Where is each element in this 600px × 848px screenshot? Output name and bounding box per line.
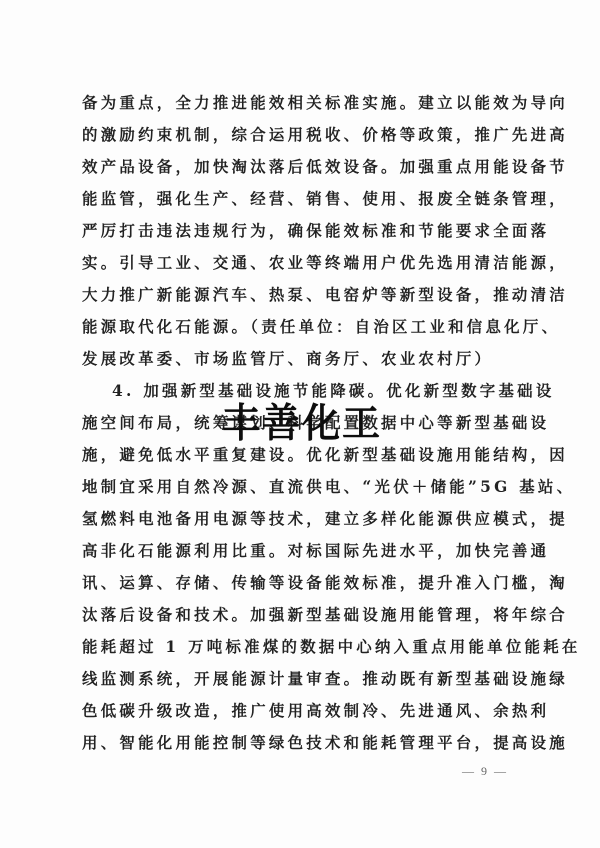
- text-line: 氢燃料电池备用电源等技术，建立多样化能源供应模式，提: [82, 504, 522, 534]
- text-line: 汰落后设备和技术。加强新型基础设施用能管理，将年综合: [82, 600, 522, 630]
- document-page: 备为重点，全力推进能效相关标准实施。建立以能效为导向 的激励约束机制，综合运用税…: [0, 0, 600, 848]
- text-line: 备为重点，全力推进能效相关标准实施。建立以能效为导向: [82, 88, 522, 118]
- text-line: 实。引导工业、交通、农业等终端用户优先选用清洁能源，: [82, 248, 522, 278]
- text-line: 效产品设备，加快淘汰落后低效设备。加强重点用能设备节: [82, 152, 522, 182]
- text-line: 能源取代化石能源。（责任单位：自治区工业和信息化厅、: [82, 312, 522, 342]
- text-line: 严厉打击违法违规行为，确保能效标准和节能要求全面落: [82, 216, 522, 246]
- text-line: 色低碳升级改造，推广使用高效制冷、先进通风、余热利: [82, 696, 522, 726]
- text-line: 地制宜采用自然冷源、直流供电、“光伏＋储能”5G 基站、: [82, 472, 522, 502]
- text-line: 发展改革委、市场监管厅、商务厅、农业农村厅）: [82, 344, 522, 374]
- text-line: 的激励约束机制，综合运用税收、价格等政策，推广先进高: [82, 120, 522, 150]
- page-number: — 9 —: [462, 764, 508, 779]
- text-line: 能耗超过 1 万吨标准煤的数据中心纳入重点用能单位能耗在: [82, 632, 522, 662]
- text-line: 线监测系统，开展能源计量审查。推动既有新型基础设施绿: [82, 664, 522, 694]
- text-line: 大力推广新能源汽车、热泵、电窑炉等新型设备，推动清洁: [82, 280, 522, 310]
- text-line: 能监管，强化生产、经营、销售、使用、报废全链条管理，: [82, 184, 522, 214]
- text-line: 高非化石能源利用比重。对标国际先进水平，加快完善通: [82, 536, 522, 566]
- text-line: 用、智能化用能控制等绿色技术和能耗管理平台，提高设施: [82, 728, 522, 758]
- text-line: 讯、运算、存储、传输等设备能效标准，提升准入门槛，淘: [82, 568, 522, 598]
- watermark-logo: 丰善化工: [222, 397, 382, 450]
